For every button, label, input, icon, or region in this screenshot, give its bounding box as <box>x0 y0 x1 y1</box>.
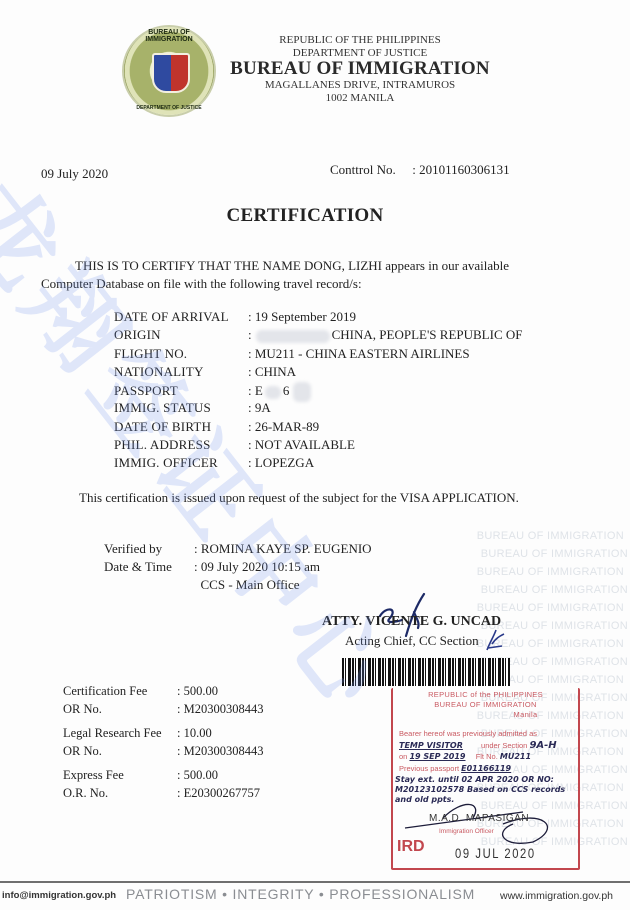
record-value: : CHINA <box>248 364 296 379</box>
verified-by-row: Verified by: ROMINA KAYE SP. EUGENIO <box>104 541 372 559</box>
header-republic: REPUBLIC OF THE PHILIPPINES <box>230 34 490 46</box>
fee-row: OR No.: M20300308443 <box>63 702 263 720</box>
immigration-stamp: REPUBLIC of the PHILIPPINES BUREAU OF IM… <box>391 688 580 870</box>
stamp-on-row: on 19 SEP 2019 Flt No. MU211 <box>399 752 531 761</box>
fee-row: OR No.: M20300308443 <box>63 744 263 762</box>
seal-shield-icon <box>152 53 190 93</box>
seal-ring-text: BUREAU OF IMMIGRATION <box>124 29 214 43</box>
fee-row: O.R. No.: E20300267757 <box>63 786 263 804</box>
redaction-blur <box>256 330 330 343</box>
signatory-name: ATTY. VICENTE G. UNCAD <box>322 614 501 630</box>
record-row-nationality: NATIONALITY: CHINA <box>114 364 523 382</box>
barcode <box>342 658 510 686</box>
fee-label: Express Fee <box>63 768 177 783</box>
record-row-immig-officer: IMMIG. OFFICER: LOPEZGA <box>114 455 523 473</box>
record-row-flight-no: FLIGHT NO.: MU211 - CHINA EASTERN AIRLIN… <box>114 346 523 364</box>
fee-row: Legal Research Fee: 10.00 <box>63 726 263 744</box>
fee-value: : 500.00 <box>177 684 218 698</box>
footer-motto: PATRIOTISM • INTEGRITY • PROFESSIONALISM <box>126 886 475 902</box>
record-row-immig-status: IMMIG. STATUS: 9A <box>114 400 523 418</box>
document-date: 09 July 2020 <box>41 166 108 182</box>
control-number-label: Conttrol No. <box>330 162 396 177</box>
bureau-of-immigration-seal-icon: BUREAU OF IMMIGRATION DEPARTMENT OF JUST… <box>124 27 214 115</box>
record-row-phil-address: PHIL. ADDRESS: NOT AVAILABLE <box>114 437 523 455</box>
certification-intro-line2: Computer Database on file with the follo… <box>41 276 362 292</box>
fee-label: Legal Research Fee <box>63 726 177 741</box>
stamp-prev-passport: E01166119 <box>461 764 511 773</box>
fee-row: Certification Fee: 500.00 <box>63 684 263 702</box>
footer-divider <box>0 881 630 883</box>
stamp-bearer-text: Bearer hereof was previously admitted as <box>399 729 537 738</box>
fee-value: : M20300308443 <box>177 702 263 716</box>
record-row-date-of-birth: DATE OF BIRTH: 26-MAR-89 <box>114 419 523 437</box>
footer-website: www.immigration.gov.ph <box>500 890 613 902</box>
travel-record-list: DATE OF ARRIVAL: 19 September 2019 ORIGI… <box>114 309 523 474</box>
fee-value: : 10.00 <box>177 726 212 740</box>
record-row-origin: ORIGIN:CHINA, PEOPLE'S REPUBLIC OF <box>114 327 523 345</box>
background-security-text: BUREAU OF IMMIGRATION <box>477 602 624 614</box>
request-statement: This certification is issued upon reques… <box>79 490 519 506</box>
background-security-text: BUREAU OF IMMIGRATION <box>477 566 624 578</box>
record-label: IMMIG. STATUS <box>114 400 248 416</box>
stamp-on-date: 19 SEP 2019 <box>409 752 465 761</box>
record-row-date-of-arrival: DATE OF ARRIVAL: 19 September 2019 <box>114 309 523 327</box>
verification-value: : 09 July 2020 10:15 am <box>194 559 320 574</box>
fee-label: OR No. <box>63 744 177 759</box>
verification-label: Verified by <box>104 541 194 557</box>
record-label: ORIGIN <box>114 327 248 343</box>
stamp-under-label: under Section <box>481 741 527 750</box>
initials-scribble-icon <box>484 628 506 652</box>
stamp-admitted-as: TEMP VISITOR <box>399 741 463 750</box>
signatory-title: Acting Chief, CC Section <box>345 633 479 649</box>
record-label: FLIGHT NO. <box>114 346 248 362</box>
record-value-suffix: CHINA, PEOPLE'S REPUBLIC OF <box>332 327 523 342</box>
verification-value: CCS - Main Office <box>194 577 300 592</box>
fee-label: Certification Fee <box>63 684 177 699</box>
record-label: DATE OF BIRTH <box>114 419 248 435</box>
record-value: : E <box>248 383 263 398</box>
control-number-value: : 20101160306131 <box>412 162 509 177</box>
record-value: : 26-MAR-89 <box>248 419 319 434</box>
stamp-ird: IRD <box>397 838 425 856</box>
fee-value: : 500.00 <box>177 768 218 782</box>
fee-label: OR No. <box>63 702 177 717</box>
stamp-officer-title: Immigration Officer <box>439 828 494 835</box>
stamp-prev-passport-label: Previous passport <box>399 764 459 773</box>
record-value: : LOPEZGA <box>248 455 314 470</box>
record-row-passport: PASSPORT: E6 <box>114 382 523 400</box>
record-label: PASSPORT <box>114 383 248 399</box>
redaction-blur <box>265 386 281 399</box>
stamp-note-line1: Stay ext. until 02 APR 2020 OR NO: <box>395 775 554 784</box>
header-address-line2: 1002 MANILA <box>230 92 490 104</box>
stamp-admitted-row: TEMP VISITOR under Section 9A-H <box>399 740 557 751</box>
background-security-text: BUREAU OF IMMIGRATION <box>481 548 628 560</box>
stamp-section: 9A-H <box>529 740 556 751</box>
record-label: IMMIG. OFFICER <box>114 455 248 471</box>
stamp-date: 09 JUL 2020 <box>455 845 536 861</box>
record-label: NATIONALITY <box>114 364 248 380</box>
footer-email: info@immigration.gov.ph <box>2 890 116 901</box>
stamp-on-label: on <box>399 752 407 761</box>
header-agency: BUREAU OF IMMIGRATION <box>230 58 490 80</box>
verification-value: : ROMINA KAYE SP. EUGENIO <box>194 541 372 556</box>
fee-value: : M20300308443 <box>177 744 263 758</box>
background-security-text: BUREAU OF IMMIGRATION <box>481 584 628 596</box>
fee-value: : E20300267757 <box>177 786 260 800</box>
record-value: : NOT AVAILABLE <box>248 437 355 452</box>
fees-block: Certification Fee: 500.00 OR No.: M20300… <box>63 684 263 803</box>
record-label: DATE OF ARRIVAL <box>114 309 248 325</box>
header-address-line1: MAGALLANES DRIVE, INTRAMUROS <box>230 79 490 91</box>
fee-row: Express Fee: 500.00 <box>63 768 263 786</box>
stamp-agency: BUREAU OF IMMIGRATION <box>393 700 578 709</box>
stamp-prev-passport-row: Previous passport E01166119 <box>399 764 511 773</box>
date-time-row: Date & Time: 09 July 2020 10:15 am <box>104 559 372 577</box>
fee-label: O.R. No. <box>63 786 177 801</box>
verification-block: Verified by: ROMINA KAYE SP. EUGENIO Dat… <box>104 541 372 595</box>
verification-label: Date & Time <box>104 559 194 575</box>
document-title: CERTIFICATION <box>0 205 610 227</box>
record-value: : <box>248 327 252 342</box>
record-value-suffix: 6 <box>283 383 290 398</box>
stamp-city: Manila <box>393 710 618 719</box>
control-number: Conttrol No. : 20101160306131 <box>330 162 510 178</box>
stamp-republic: REPUBLIC of the PHILIPPINES <box>393 690 578 699</box>
stamp-officer: M.A.D. MAPASIGAN <box>429 813 529 824</box>
record-value: : 19 September 2019 <box>248 309 356 324</box>
stamp-flight-label: Flt No. <box>476 752 498 761</box>
background-security-text: BUREAU OF IMMIGRATION <box>477 530 624 542</box>
certification-intro-line1: THIS IS TO CERTIFY THAT THE NAME DONG, L… <box>75 258 509 274</box>
record-value: : 9A <box>248 400 271 415</box>
office-row: CCS - Main Office <box>104 577 372 595</box>
stamp-flight: MU211 <box>500 752 531 761</box>
record-label: PHIL. ADDRESS <box>114 437 248 453</box>
record-value: : MU211 - CHINA EASTERN AIRLINES <box>248 346 470 361</box>
redaction-blur <box>293 382 311 402</box>
seal-ring-bottom-text: DEPARTMENT OF JUSTICE <box>124 105 214 111</box>
